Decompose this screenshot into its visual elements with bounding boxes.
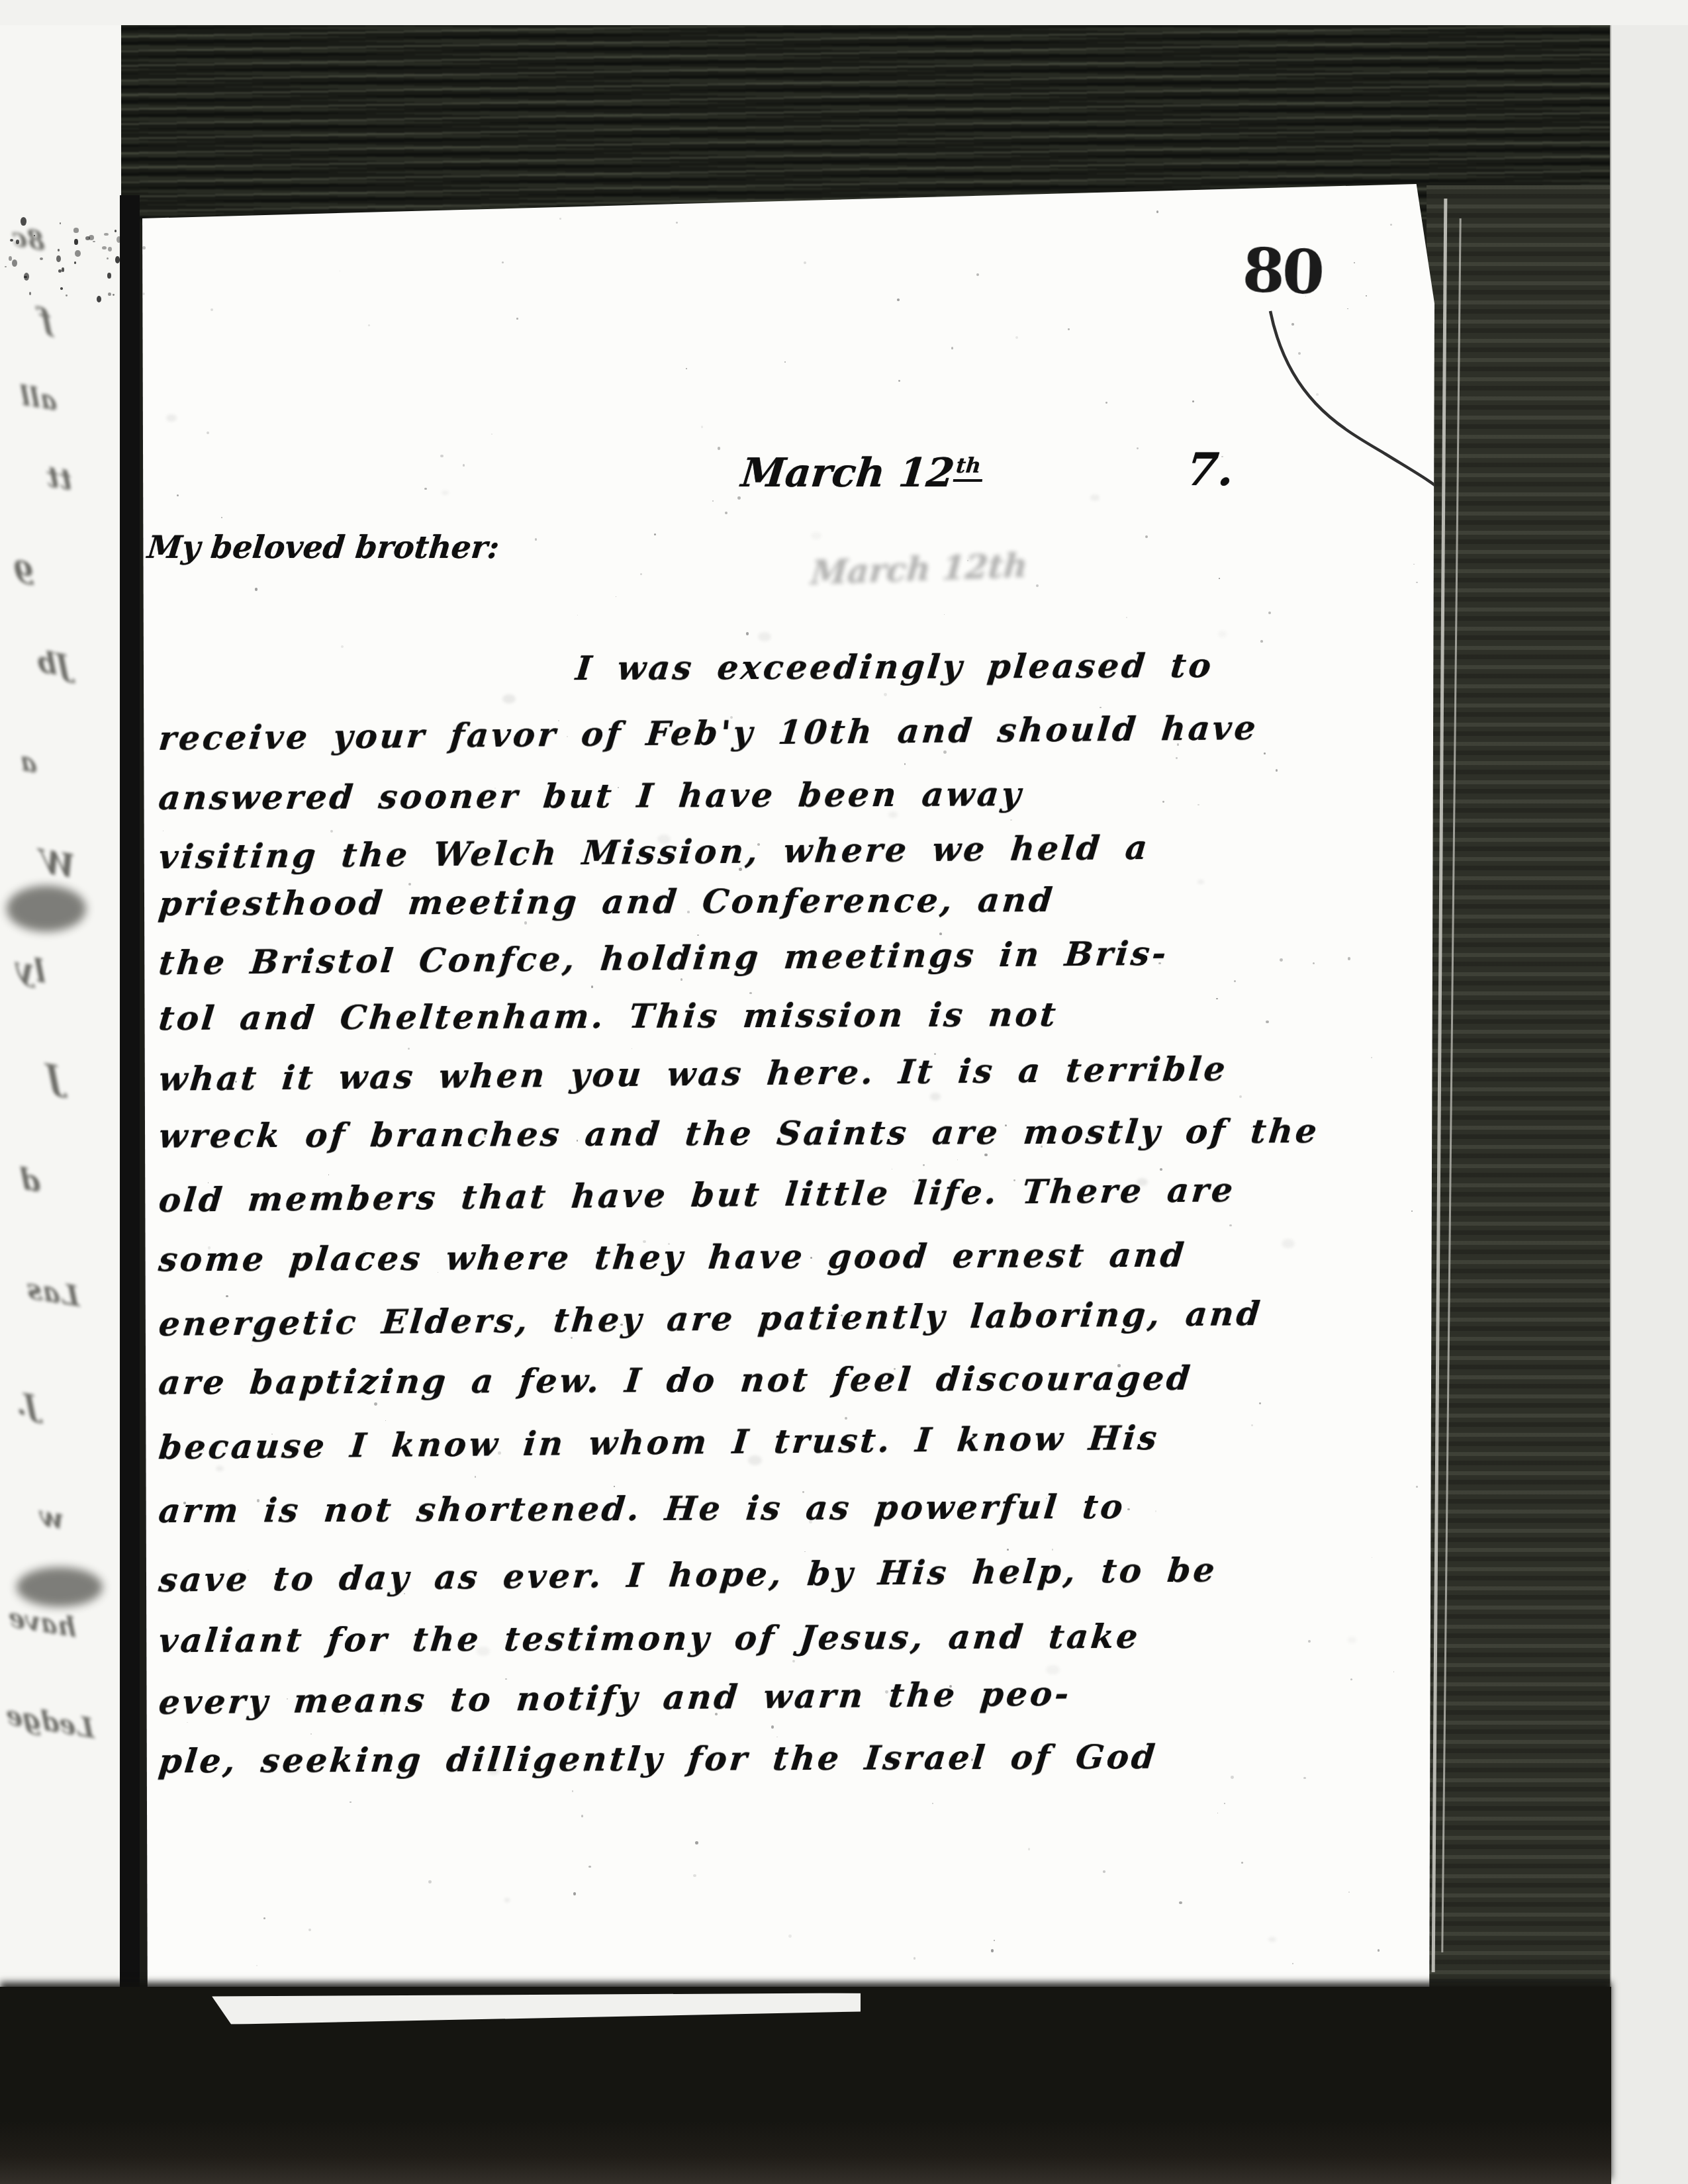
ink-spatter bbox=[60, 222, 61, 224]
toner-speck bbox=[1145, 535, 1148, 538]
bleedthrough-fragment: J. bbox=[17, 1387, 38, 1424]
toner-speck bbox=[1224, 1803, 1225, 1804]
toner-speck bbox=[1010, 819, 1011, 821]
toner-blotch bbox=[930, 1093, 941, 1101]
toner-speck bbox=[207, 432, 209, 434]
toner-blotch bbox=[216, 1466, 224, 1471]
ink-spatter bbox=[66, 295, 68, 296]
ink-spatter bbox=[115, 256, 120, 263]
toner-speck bbox=[740, 1647, 742, 1649]
toner-speck bbox=[211, 308, 213, 311]
toner-speck bbox=[1117, 1364, 1121, 1367]
bleedthrough-fragment: a bbox=[20, 745, 37, 780]
toner-blotch bbox=[1268, 1937, 1276, 1942]
bleedthrough-fragment: 9 bbox=[13, 553, 35, 592]
toner-speck bbox=[571, 1337, 573, 1339]
handwritten-line: valiant for the testimony of Jesus, and … bbox=[159, 1617, 1141, 1660]
toner-speck bbox=[1158, 962, 1161, 965]
toner-speck bbox=[1156, 210, 1159, 213]
ink-spatter bbox=[40, 257, 43, 261]
ink-spatter bbox=[113, 294, 115, 296]
toner-speck bbox=[1292, 1963, 1293, 1964]
toner-speck bbox=[730, 716, 733, 719]
toner-speck bbox=[1197, 804, 1199, 806]
toner-speck bbox=[465, 1079, 467, 1081]
toner-speck bbox=[535, 538, 538, 541]
toner-blotch bbox=[1090, 494, 1099, 500]
toner-speck bbox=[737, 496, 741, 500]
toner-speck bbox=[845, 1417, 847, 1420]
ink-spatter bbox=[73, 228, 79, 232]
toner-speck bbox=[984, 1154, 988, 1157]
ink-spatter bbox=[29, 292, 31, 295]
toner-speck bbox=[208, 1246, 211, 1249]
toner-speck bbox=[1015, 336, 1018, 339]
toner-speck bbox=[1234, 980, 1236, 982]
toner-speck bbox=[498, 1451, 501, 1455]
toner-speck bbox=[428, 1880, 432, 1884]
toner-speck bbox=[640, 573, 642, 575]
toner-speck bbox=[1176, 757, 1178, 759]
toner-speck bbox=[463, 464, 465, 467]
toner-speck bbox=[235, 1081, 237, 1083]
ink-spatter bbox=[108, 293, 111, 296]
handwritten-line: the Bristol Confce, holding meetings in … bbox=[159, 934, 1169, 983]
toner-blotch bbox=[166, 414, 177, 422]
toner-speck bbox=[1276, 769, 1278, 772]
letter-page: 80 March 12th 7. March 12th My beloved b… bbox=[142, 184, 1434, 1994]
handwritten-line: arm is not shortened. He is as powerful … bbox=[159, 1487, 1125, 1530]
toner-speck bbox=[341, 645, 344, 648]
toner-speck bbox=[1350, 1678, 1352, 1680]
toner-blotch bbox=[1197, 880, 1204, 884]
toner-speck bbox=[588, 1866, 591, 1868]
toner-speck bbox=[935, 794, 937, 796]
toner-speck bbox=[1416, 1486, 1418, 1488]
ink-spatter bbox=[93, 241, 95, 242]
toner-speck bbox=[1390, 224, 1392, 226]
handwritten-line: visiting the Welch Mission, where we hel… bbox=[159, 828, 1150, 876]
bleedthrough-date: March 12th bbox=[810, 545, 1028, 592]
toner-speck bbox=[951, 347, 954, 349]
ink-spatter bbox=[102, 246, 107, 250]
ink-smudge bbox=[7, 886, 86, 932]
toner-speck bbox=[892, 1169, 892, 1169]
toner-speck bbox=[502, 261, 504, 264]
toner-speck bbox=[632, 1048, 632, 1049]
toner-speck bbox=[385, 1420, 386, 1421]
ink-spatter bbox=[108, 247, 112, 251]
toner-speck bbox=[572, 1790, 574, 1792]
toner-speck bbox=[310, 1733, 312, 1735]
toner-speck bbox=[643, 1240, 645, 1243]
toner-speck bbox=[408, 1048, 410, 1050]
toner-speck bbox=[1239, 1095, 1242, 1098]
toner-speck bbox=[1179, 1901, 1182, 1905]
toner-speck bbox=[1103, 1870, 1105, 1872]
toner-speck bbox=[695, 1841, 698, 1844]
handwritten-line: energetic Elders, they are patiently lab… bbox=[159, 1294, 1262, 1343]
toner-speck bbox=[680, 978, 683, 981]
toner-speck bbox=[1105, 402, 1107, 404]
toner-speck bbox=[559, 218, 561, 220]
handwritten-line: some places where they have good ernest … bbox=[159, 1236, 1186, 1279]
bleedthrough-fragment: f bbox=[40, 302, 53, 338]
ink-spatter bbox=[104, 233, 108, 236]
handwritten-line: I was exceedingly pleased to bbox=[576, 646, 1213, 688]
toner-speck bbox=[932, 1803, 933, 1804]
toner-blotch bbox=[888, 811, 898, 818]
toner-speck bbox=[715, 1713, 717, 1715]
handwritten-line: what it was when you was here. It is a t… bbox=[159, 1049, 1228, 1098]
toner-speck bbox=[1028, 1848, 1031, 1850]
toner-speck bbox=[898, 380, 900, 382]
handwritten-line: every means to notify and warn the peo- bbox=[159, 1674, 1072, 1721]
toner-speck bbox=[923, 1164, 925, 1166]
toner-speck bbox=[693, 1874, 696, 1878]
toner-speck bbox=[524, 921, 528, 925]
toner-speck bbox=[1280, 958, 1283, 962]
toner-speck bbox=[897, 298, 900, 301]
toner-blotch bbox=[1282, 1239, 1295, 1248]
ink-spatter bbox=[75, 250, 80, 257]
scan-top-margin-strip bbox=[0, 0, 1688, 25]
toner-speck bbox=[944, 614, 945, 615]
toner-speck bbox=[804, 261, 806, 264]
toner-speck bbox=[1155, 1510, 1157, 1512]
toner-speck bbox=[739, 868, 742, 871]
toner-speck bbox=[256, 1965, 258, 1966]
handwritten-line: priesthood meeting and Conference, and bbox=[159, 880, 1055, 923]
toner-speck bbox=[350, 1801, 352, 1803]
toner-speck bbox=[904, 763, 906, 764]
toner-speck bbox=[252, 1345, 252, 1346]
letter-side-number: 7. bbox=[1187, 443, 1234, 496]
toner-speck bbox=[1219, 578, 1220, 579]
toner-speck bbox=[894, 1368, 896, 1370]
bleedthrough-fragment: all bbox=[20, 379, 57, 417]
ink-spatter bbox=[97, 296, 101, 302]
toner-speck bbox=[957, 1160, 958, 1160]
ink-spatter bbox=[115, 230, 117, 232]
toner-speck bbox=[308, 1929, 311, 1931]
toner-speck bbox=[792, 1660, 795, 1662]
toner-blotch bbox=[1218, 631, 1227, 637]
toner-speck bbox=[1046, 1498, 1047, 1499]
toner-speck bbox=[487, 555, 489, 557]
toner-speck bbox=[516, 318, 518, 319]
handwritten-line: are baptizing a few. I do not feel disco… bbox=[159, 1359, 1193, 1402]
toner-speck bbox=[440, 455, 444, 458]
toner-speck bbox=[1192, 400, 1194, 402]
toner-speck bbox=[1411, 1210, 1413, 1212]
bleedthrough-fragment: J bbox=[46, 1056, 62, 1099]
toner-speck bbox=[1366, 295, 1367, 296]
toner-speck bbox=[374, 1402, 377, 1406]
toner-speck bbox=[1413, 564, 1415, 565]
bleedthrough-fragment: ly bbox=[17, 949, 46, 990]
toner-speck bbox=[1416, 582, 1418, 584]
toner-speck bbox=[1121, 1129, 1122, 1130]
toner-speck bbox=[1216, 998, 1217, 999]
handwritten-line: save to day as ever. I hope, by His help… bbox=[159, 1550, 1217, 1599]
toner-blotch bbox=[748, 1455, 763, 1465]
toner-speck bbox=[1137, 447, 1139, 449]
ink-spatter bbox=[74, 239, 78, 245]
toner-speck bbox=[884, 693, 887, 696]
toner-speck bbox=[1313, 962, 1315, 964]
scan-right-margin-strip bbox=[1610, 0, 1688, 2184]
toner-speck bbox=[1221, 456, 1223, 457]
toner-speck bbox=[697, 934, 699, 936]
toner-speck bbox=[1348, 957, 1351, 960]
toner-speck bbox=[1268, 612, 1271, 614]
toner-speck bbox=[1371, 1057, 1372, 1058]
toner-speck bbox=[581, 1815, 584, 1817]
toner-speck bbox=[991, 1949, 994, 1952]
bleedthrough-fragment: Ledge bbox=[5, 1699, 94, 1745]
toner-speck bbox=[701, 426, 704, 428]
toner-speck bbox=[142, 293, 145, 295]
toner-speck bbox=[1052, 1549, 1053, 1550]
toner-speck bbox=[383, 1713, 385, 1715]
toner-speck bbox=[810, 1257, 812, 1259]
scan-right-dark-texture bbox=[1427, 185, 1610, 2184]
toner-speck bbox=[1316, 393, 1319, 396]
toner-speck bbox=[248, 1570, 249, 1571]
scanned-letter-photocopy: 8c f all tt 9 Jb a W ly J d Las J. w hav… bbox=[0, 0, 1688, 2184]
toner-speck bbox=[687, 911, 689, 913]
ink-spatter bbox=[16, 240, 19, 244]
bleedthrough-fragment: W bbox=[40, 842, 75, 886]
toner-blotch bbox=[442, 490, 448, 495]
facing-page-bleedthrough-strip: 8c f all tt 9 Jb a W ly J d Las J. w hav… bbox=[0, 25, 121, 1989]
bleedthrough-fragment: Jb bbox=[36, 645, 71, 684]
toner-speck bbox=[979, 786, 980, 788]
toner-speck bbox=[1036, 584, 1039, 587]
toner-speck bbox=[1348, 1891, 1350, 1893]
toner-speck bbox=[317, 1455, 320, 1457]
toner-speck bbox=[142, 246, 146, 250]
toner-speck bbox=[616, 596, 616, 597]
ink-spatter bbox=[58, 249, 60, 251]
toner-speck bbox=[676, 222, 678, 224]
toner-speck bbox=[943, 751, 947, 754]
toner-speck bbox=[263, 1917, 265, 1919]
toner-speck bbox=[255, 588, 258, 591]
toner-speck bbox=[967, 560, 968, 561]
toner-speck bbox=[788, 1934, 792, 1938]
bleedthrough-fragment: 8c bbox=[12, 221, 45, 256]
bleedthrough-fragment: tt bbox=[46, 460, 72, 497]
toner-speck bbox=[1217, 1813, 1218, 1813]
toner-speck bbox=[1007, 1549, 1009, 1551]
toner-speck bbox=[914, 1957, 916, 1960]
toner-speck bbox=[706, 1204, 707, 1205]
toner-speck bbox=[185, 1637, 187, 1639]
handwritten-line: receive your favor of Feb'y 10th and sho… bbox=[159, 708, 1258, 758]
ink-spatter bbox=[60, 287, 62, 289]
salutation: My beloved brother: bbox=[148, 529, 499, 566]
toner-blotch bbox=[504, 1898, 510, 1902]
toner-speck bbox=[505, 1678, 506, 1680]
handwritten-line: tol and Cheltenham. This mission is not bbox=[159, 995, 1058, 1038]
toner-speck bbox=[934, 1053, 936, 1055]
handwritten-line: because I know in whom I trust. I know H… bbox=[159, 1418, 1160, 1467]
toner-speck bbox=[1068, 328, 1070, 330]
toner-speck bbox=[1308, 1640, 1311, 1643]
toner-speck bbox=[163, 831, 164, 831]
toner-speck bbox=[1266, 1021, 1269, 1024]
toner-speck bbox=[771, 1725, 774, 1729]
toner-speck bbox=[718, 447, 721, 450]
bleedthrough-fragment: d bbox=[20, 1161, 40, 1199]
ink-spatter bbox=[21, 217, 26, 226]
toner-speck bbox=[368, 324, 370, 326]
ink-spatter bbox=[62, 267, 64, 272]
date-superscript: th bbox=[953, 454, 985, 482]
toner-speck bbox=[328, 1174, 330, 1175]
toner-speck bbox=[573, 1892, 577, 1895]
ink-spatter bbox=[5, 266, 6, 267]
toner-speck bbox=[976, 273, 979, 276]
toner-speck bbox=[1378, 1949, 1380, 1951]
toner-speck bbox=[484, 1136, 486, 1138]
toner-speck bbox=[177, 494, 179, 496]
toner-speck bbox=[686, 368, 687, 369]
toner-speck bbox=[1162, 801, 1164, 803]
ink-spatter bbox=[9, 256, 12, 261]
toner-speck bbox=[340, 271, 340, 271]
bleedthrough-fragment: w bbox=[40, 1499, 64, 1535]
toner-speck bbox=[226, 1295, 228, 1297]
toner-speck bbox=[475, 1476, 476, 1477]
toner-speck bbox=[1291, 323, 1293, 325]
toner-speck bbox=[1160, 1168, 1162, 1171]
toner-speck bbox=[746, 632, 749, 635]
handwritten-line: ple, seeking dilligently for the Israel … bbox=[159, 1737, 1158, 1781]
bleedthrough-fragment: have bbox=[8, 1602, 76, 1644]
toner-speck bbox=[607, 948, 610, 951]
toner-speck bbox=[183, 1502, 186, 1504]
ink-spatter bbox=[107, 257, 108, 259]
toner-speck bbox=[1126, 617, 1127, 618]
toner-speck bbox=[939, 933, 942, 935]
toner-blotch bbox=[502, 694, 516, 704]
toner-speck bbox=[757, 843, 760, 846]
ink-spatter bbox=[24, 273, 29, 281]
toner-speck bbox=[994, 1940, 995, 1941]
toner-speck bbox=[804, 1551, 806, 1553]
toner-speck bbox=[725, 512, 727, 514]
page-corner-crease bbox=[1215, 277, 1453, 528]
toner-speck bbox=[1251, 1424, 1253, 1426]
toner-speck bbox=[712, 500, 714, 502]
toner-speck bbox=[187, 1722, 188, 1723]
toner-speck bbox=[1264, 752, 1266, 754]
toner-blotch bbox=[758, 632, 771, 641]
toner-speck bbox=[491, 433, 492, 435]
handwritten-line: old members that have but little life. T… bbox=[159, 1170, 1236, 1220]
toner-speck bbox=[614, 1486, 615, 1487]
toner-speck bbox=[1372, 1557, 1372, 1558]
toner-blotch bbox=[811, 532, 821, 539]
letter-date: March 12th bbox=[741, 450, 983, 496]
toner-speck bbox=[297, 857, 298, 858]
toner-speck bbox=[1259, 1402, 1261, 1404]
toner-speck bbox=[809, 1520, 812, 1524]
toner-speck bbox=[1354, 262, 1354, 263]
toner-speck bbox=[1260, 640, 1263, 643]
toner-speck bbox=[1100, 707, 1101, 708]
toner-speck bbox=[257, 1499, 259, 1502]
ink-smudge bbox=[17, 1567, 103, 1607]
ink-spatter bbox=[74, 261, 77, 264]
toner-speck bbox=[577, 1140, 579, 1142]
toner-speck bbox=[1127, 1508, 1130, 1511]
toner-speck bbox=[654, 533, 657, 536]
toner-speck bbox=[1303, 1777, 1306, 1780]
toner-blotch bbox=[477, 1647, 489, 1656]
toner-speck bbox=[1229, 1224, 1231, 1226]
handwritten-line: wreck of branches and the Saints are mos… bbox=[159, 1111, 1319, 1156]
toner-speck bbox=[1241, 1862, 1243, 1864]
toner-speck bbox=[1393, 1671, 1395, 1672]
ink-spatter bbox=[56, 255, 61, 263]
ink-spatter bbox=[12, 259, 17, 267]
toner-speck bbox=[1231, 1776, 1234, 1779]
book-gutter-bar bbox=[120, 195, 140, 1992]
toner-speck bbox=[912, 1180, 915, 1183]
toner-speck bbox=[424, 488, 427, 490]
toner-speck bbox=[545, 1017, 547, 1020]
toner-speck bbox=[558, 720, 559, 721]
ink-spatter bbox=[107, 273, 111, 279]
toner-speck bbox=[577, 615, 578, 615]
toner-speck bbox=[221, 517, 222, 518]
toner-speck bbox=[1041, 1146, 1043, 1148]
toner-speck bbox=[330, 830, 333, 833]
toner-blotch bbox=[1046, 1665, 1059, 1674]
toner-speck bbox=[776, 1737, 777, 1737]
toner-speck bbox=[618, 787, 619, 788]
toner-speck bbox=[749, 992, 751, 994]
toner-speck bbox=[591, 985, 593, 987]
toner-blotch bbox=[1348, 1637, 1357, 1643]
toner-speck bbox=[784, 361, 786, 363]
bleedthrough-fragment: Las bbox=[26, 1271, 79, 1312]
toner-blotch bbox=[453, 724, 464, 732]
toner-speck bbox=[1037, 668, 1038, 669]
